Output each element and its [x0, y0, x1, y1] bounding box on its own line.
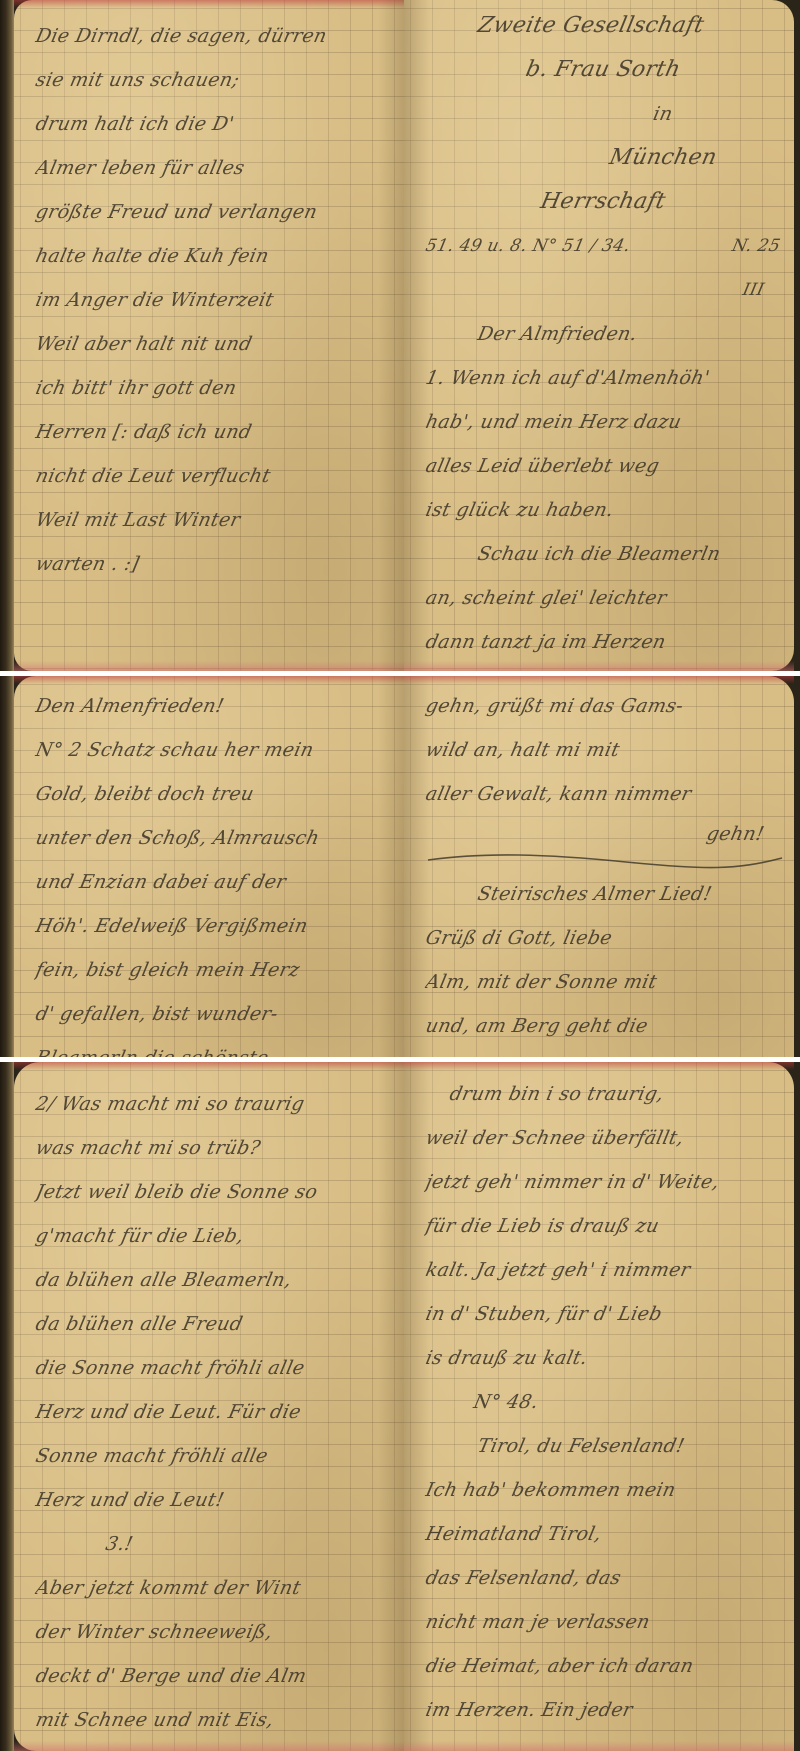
song-title: Steirisches Almer Lied! — [421, 872, 784, 916]
text-line: Die Dirndl, die sagen, dürren — [31, 14, 394, 58]
text-line: gehn, grüßt mi das Gams- — [421, 684, 784, 728]
text-line: größte Freud und verlangen — [31, 190, 394, 234]
text-line: Herz und die Leut! — [31, 1478, 394, 1522]
text-line: jetzt geh' nimmer in d' Weite, — [421, 1160, 784, 1204]
text-line: Grüß di Gott, liebe — [421, 916, 784, 960]
left-page: 2/ Was macht mi so traurig was macht mi … — [14, 1062, 404, 1751]
text-line: da blühen alle Freud — [31, 1302, 394, 1346]
text-line: da blühen alle Bleamerln, — [31, 1258, 394, 1302]
text-line: N° 2 Schatz schau her mein — [31, 728, 394, 772]
right-page: gehn, grüßt mi das Gams- wild an, halt m… — [404, 676, 794, 1057]
text-line: Den Almenfrieden! — [31, 684, 394, 728]
book-cover-edge — [0, 676, 14, 1057]
text-line: an, scheint glei' leichter — [421, 576, 784, 620]
text-line: Sonne macht fröhli alle — [31, 1434, 394, 1478]
text-line: Schau ich die Bleamerln — [421, 532, 784, 576]
red-page-edge — [14, 0, 404, 8]
address-line: in — [421, 92, 784, 136]
text-line: Aber jetzt kommt der Wint — [31, 1566, 394, 1610]
text-line: ich bitt' ihr gott den — [31, 366, 394, 410]
text-line: und, am Berg geht die — [421, 1004, 784, 1048]
reference-numbers: 51. 49 u. 8. N° 51 / 34. N. 25 — [421, 224, 784, 268]
text-line: 1. Wenn ich auf d'Almenhöh' — [421, 356, 784, 400]
text-line: is drauß zu kalt. — [421, 1336, 784, 1380]
handwritten-text: Zweite Gesellschaft b. Frau Sorth in Mün… — [426, 4, 780, 664]
text-line: Ich hab' bekommen mein — [421, 1468, 784, 1512]
address-line: München — [421, 136, 784, 180]
text-line: Almer leben für alles — [31, 146, 394, 190]
text-line: mit Schnee und mit Eis, — [31, 1698, 394, 1742]
handwritten-text: Den Almenfrieden! N° 2 Schatz schau her … — [36, 684, 390, 1057]
text-line: nicht man je verlassen — [421, 1600, 784, 1644]
text-line: drum halt ich die D' — [31, 102, 394, 146]
book-cover-edge — [0, 0, 14, 671]
text-line: was macht mi so trüb? — [31, 1126, 394, 1170]
text-line: in d' Stuben, für d' Lieb — [421, 1292, 784, 1336]
handwritten-text: drum bin i so traurig, weil der Schnee ü… — [426, 1072, 780, 1732]
text-line: Jetzt weil bleib die Sonne so — [31, 1170, 394, 1214]
address-line: Zweite Gesellschaft — [421, 4, 784, 48]
red-page-edge — [14, 1062, 404, 1070]
text-line: Bleamerln die schönste — [31, 1036, 394, 1057]
text-line: drum bin i so traurig, — [421, 1072, 784, 1116]
text-line: Höh'. Edelweiß Vergißmein — [31, 904, 394, 948]
wavy-divider — [426, 852, 780, 872]
notebook-spread-1: Die Dirndl, die sagen, dürren sie mit un… — [0, 0, 800, 671]
red-page-edge — [404, 1741, 794, 1751]
verse-number: 3.! — [31, 1522, 394, 1566]
text-line: im Anger die Winterzeit — [31, 278, 394, 322]
margin-numeral: III — [421, 268, 784, 312]
text-line: warten . :] — [31, 542, 394, 586]
text-line: aller Gewalt, kann nimmer — [421, 772, 784, 816]
text-line: gehn! — [422, 816, 784, 852]
text-line: sie mit uns schauen; — [31, 58, 394, 102]
text-line: Gold, bleibt doch treu — [31, 772, 394, 816]
red-page-edge — [14, 661, 404, 671]
text-line: 2/ Was macht mi so traurig — [31, 1082, 394, 1126]
reference-line: 51. 49 u. 8. N° 51 / 34. — [421, 224, 634, 268]
text-line: Herren [: daß ich und — [31, 410, 394, 454]
handwritten-text: Die Dirndl, die sagen, dürren sie mit un… — [36, 14, 390, 586]
book-cover-edge — [0, 1062, 14, 1751]
notebook-spread-3: 2/ Was macht mi so traurig was macht mi … — [0, 1062, 800, 1751]
text-line: Alm, mit der Sonne mit — [421, 960, 784, 1004]
address-line: b. Frau Sorth — [421, 48, 784, 92]
text-line: Schneewind, jetzt muaß i — [421, 1048, 784, 1057]
red-page-edge — [14, 1741, 404, 1751]
red-page-edge — [14, 676, 404, 684]
notebook-spread-2: Den Almenfrieden! N° 2 Schatz schau her … — [0, 676, 800, 1057]
right-page: drum bin i so traurig, weil der Schnee ü… — [404, 1062, 794, 1751]
text-line: halte halte die Kuh fein — [31, 234, 394, 278]
text-line: Weil aber halt nit und — [31, 322, 394, 366]
text-line: der Winter schneeweiß, — [31, 1610, 394, 1654]
wavy-line-icon — [426, 852, 786, 872]
text-line: d' gefallen, bist wunder- — [31, 992, 394, 1036]
text-line: die Sonne macht fröhli alle — [31, 1346, 394, 1390]
left-page: Die Dirndl, die sagen, dürren sie mit un… — [14, 0, 404, 671]
text-line: wild an, halt mi mit — [421, 728, 784, 772]
text-line: für die Lieb is drauß zu — [421, 1204, 784, 1248]
text-line: im Herzen. Ein jeder — [421, 1688, 784, 1732]
text-line: Weil mit Last Winter — [31, 498, 394, 542]
right-page: Zweite Gesellschaft b. Frau Sorth in Mün… — [404, 0, 794, 671]
margin-note: N. 25 — [728, 224, 785, 268]
text-line: hab', und mein Herz dazu — [421, 400, 784, 444]
handwritten-text: gehn, grüßt mi das Gams- wild an, halt m… — [426, 684, 780, 1057]
text-line: kalt. Ja jetzt geh' i nimmer — [421, 1248, 784, 1292]
song-number: N° 48. — [421, 1380, 784, 1424]
song-title: Der Almfrieden. — [421, 312, 784, 356]
text-line: ist glück zu haben. — [421, 488, 784, 532]
text-line: und Enzian dabei auf der — [31, 860, 394, 904]
left-page: Den Almenfrieden! N° 2 Schatz schau her … — [14, 676, 404, 1057]
text-line: fein, bist gleich mein Herz — [31, 948, 394, 992]
text-line: g'macht für die Lieb, — [31, 1214, 394, 1258]
text-line: das Felsenland, das — [421, 1556, 784, 1600]
text-line: Heimatland Tirol, — [421, 1512, 784, 1556]
red-page-edge — [404, 1062, 794, 1070]
text-line: Herz und die Leut. Für die — [31, 1390, 394, 1434]
text-line: nicht die Leut verflucht — [31, 454, 394, 498]
text-line: alles Leid überlebt weg — [421, 444, 784, 488]
handwritten-text: 2/ Was macht mi so traurig was macht mi … — [36, 1082, 390, 1742]
song-title: Tirol, du Felsenland! — [421, 1424, 784, 1468]
text-line: die Heimat, aber ich daran — [421, 1644, 784, 1688]
text-line: dann tanzt ja im Herzen — [421, 620, 784, 664]
address-line: Herrschaft — [421, 180, 784, 224]
text-line: weil der Schnee überfällt, — [421, 1116, 784, 1160]
red-page-edge — [404, 676, 794, 684]
text-line: deckt d' Berge und die Alm — [31, 1654, 394, 1698]
text-line: unter den Schoß, Almrausch — [31, 816, 394, 860]
